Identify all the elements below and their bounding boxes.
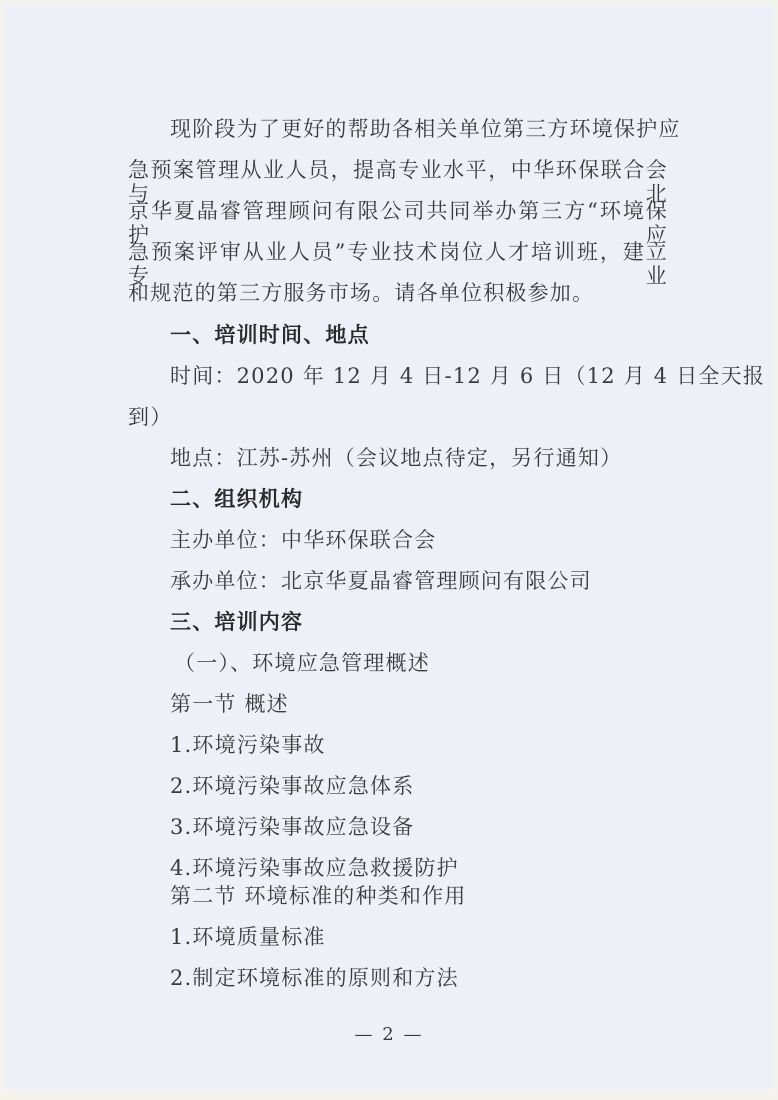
chapter2-item-1: 1.环境质量标准: [170, 925, 710, 949]
page-number: — 2 —: [0, 1024, 778, 1045]
chapter1-item-2: 2.环境污染事故应急体系: [170, 774, 710, 798]
section1-heading: 一、培训时间、地点: [170, 323, 710, 347]
intro-line-5: 和规范的第三方服务市场。请各单位积极参加。: [128, 281, 668, 305]
chapter2-item-2: 2.制定环境标准的原则和方法: [170, 966, 710, 990]
organizer-line: 承办单位：北京华夏晶睿管理顾问有限公司: [170, 569, 710, 593]
location-line: 地点：江苏-苏州（会议地点待定，另行通知）: [170, 446, 710, 470]
section3-heading: 三、培训内容: [170, 610, 710, 634]
chapter1-item-3: 3.环境污染事故应急设备: [170, 815, 710, 839]
section2-heading: 二、组织机构: [170, 487, 710, 511]
chapter2-title: 第二节 环境标准的种类和作用: [170, 884, 710, 908]
document-page: 现阶段为了更好的帮助各相关单位第三方环境保护应 急预案管理从业人员，提高专业水平…: [4, 5, 774, 1090]
time-line-1: 时间：2020 年 12 月 4 日-12 月 6 日（12 月 4 日全天报: [170, 364, 666, 388]
chapter1-item-4: 4.环境污染事故应急救援防护: [170, 856, 710, 880]
time-line-2: 到）: [128, 405, 668, 429]
host-line: 主办单位：中华环保联合会: [170, 528, 710, 552]
subsection1-title: （一）、环境应急管理概述: [174, 651, 714, 675]
chapter1-item-1: 1.环境污染事故: [170, 733, 710, 757]
chapter1-title: 第一节 概述: [170, 692, 710, 716]
intro-line-1: 现阶段为了更好的帮助各相关单位第三方环境保护应: [170, 117, 710, 141]
